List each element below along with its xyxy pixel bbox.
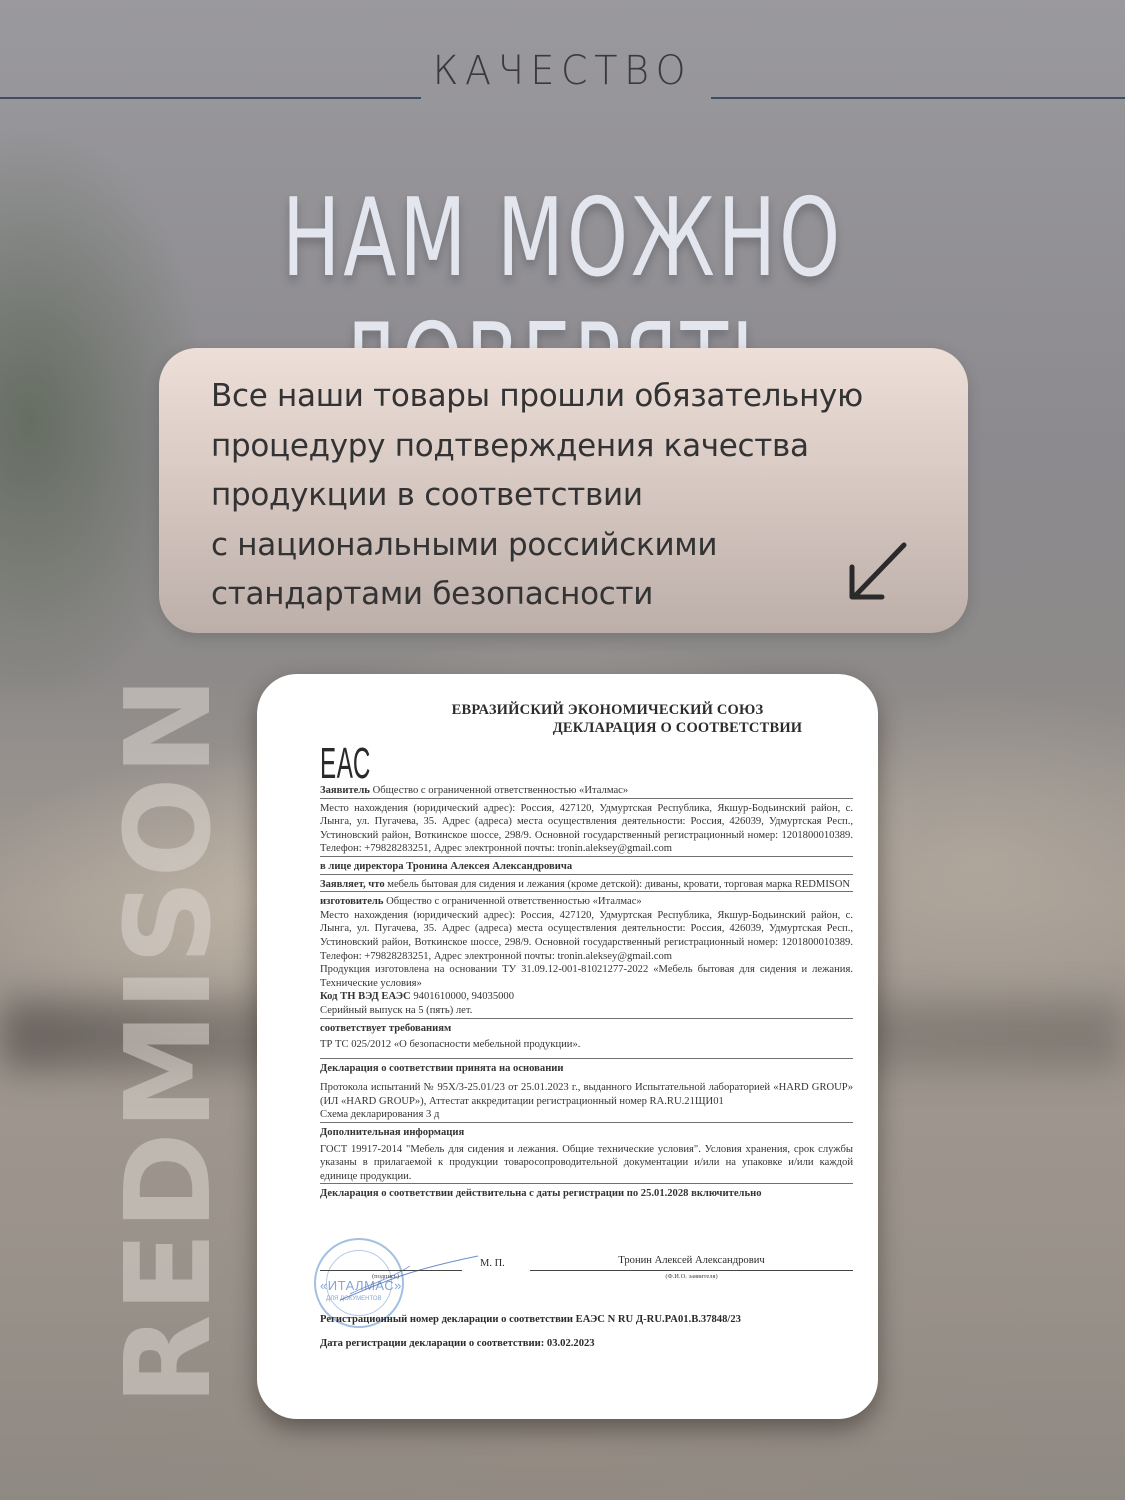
doc-produced-basis: Продукция изготовлена на основании ТУ 31…: [320, 963, 853, 990]
signer-name: Тронин Алексей Александрович: [530, 1255, 853, 1266]
doc-declares: Заявляет, что мебель бытовая для сидения…: [320, 878, 853, 893]
doc-complies-label: соответствует требованиям: [320, 1022, 853, 1036]
stamp-place-label: М. П.: [480, 1258, 505, 1269]
info-line: с национальными российскими: [211, 521, 863, 571]
doc-extra-label: Дополнительная информация: [320, 1126, 853, 1140]
info-line: процедуру подтверждения качества: [211, 422, 863, 472]
doc-director: в лице директора Тронина Алексея Алексан…: [320, 860, 853, 875]
doc-body: Заявитель Общество с ограниченной ответс…: [320, 784, 853, 1201]
info-line: стандартами безопасности: [211, 570, 863, 620]
doc-basis-value: Протокола испытаний № 95Х/3-25.01/23 от …: [320, 1081, 853, 1108]
doc-applicant: Заявитель Общество с ограниченной ответс…: [320, 784, 853, 799]
doc-heading-declaration: ДЕКЛАРАЦИЯ О СООТВЕТСТВИИ: [367, 720, 878, 737]
doc-heading-union: ЕВРАЗИЙСКИЙ ЭКОНОМИЧЕСКИЙ СОЮЗ: [297, 702, 878, 719]
header-divider-right: [711, 97, 1125, 99]
signature-area: «ИТАЛМАС» ДЛЯ ДОКУМЕНТОВ (подпись) М. П.…: [320, 1252, 853, 1392]
registration-number: Регистрационный номер декларации о соотв…: [320, 1314, 741, 1325]
doc-applicant-address: Место нахождения (юридический адрес): Ро…: [320, 802, 853, 857]
info-card: Все наши товары прошли обязательную проц…: [159, 348, 968, 633]
signature-caption: (подпись): [372, 1273, 399, 1280]
header-divider-left: [0, 97, 421, 99]
signer-line: [530, 1270, 853, 1271]
registration-date: Дата регистрации декларации о соответств…: [320, 1338, 595, 1349]
doc-extra-value: ГОСТ 19917-2014 "Мебель для сидения и ле…: [320, 1143, 853, 1185]
brand-watermark: REDMISON: [118, 690, 218, 1390]
signer-caption: (Ф.И.О. заявителя): [530, 1273, 853, 1280]
doc-basis-label: Декларация о соответствии принята на осн…: [320, 1062, 853, 1076]
doc-complies-value: ТР ТС 025/2012 «О безопасности мебельной…: [320, 1038, 853, 1059]
info-text: Все наши товары прошли обязательную проц…: [211, 372, 863, 620]
info-line: Все наши товары прошли обязательную: [211, 372, 863, 422]
doc-serial: Серийный выпуск на 5 (пять) лет.: [320, 1004, 853, 1019]
doc-manufacturer-address: Место нахождения (юридический адрес): Ро…: [320, 909, 853, 963]
doc-tn-ved: Код ТН ВЭД ЕАЭС 9401610000, 94035000: [320, 990, 853, 1004]
arrow-down-left-icon: [842, 537, 912, 607]
brand-watermark-text: REDMISON: [99, 675, 237, 1406]
doc-manufacturer: изготовитель Общество с ограниченной отв…: [320, 895, 853, 909]
declaration-document: ЕВРАЗИЙСКИЙ ЭКОНОМИЧЕСКИЙ СОЮЗ ДЕКЛАРАЦИ…: [257, 674, 878, 1419]
eac-logo-icon: ЕАС: [320, 742, 371, 786]
info-line: продукции в соответствии: [211, 471, 863, 521]
doc-scheme: Схема декларирования 3 д: [320, 1108, 853, 1123]
doc-valid-until: Декларация о соответствии действительна …: [320, 1187, 853, 1201]
signature-line: [320, 1270, 462, 1271]
signature-icon: [340, 1254, 480, 1304]
section-label: КАЧЕСТВО: [28, 48, 1097, 94]
